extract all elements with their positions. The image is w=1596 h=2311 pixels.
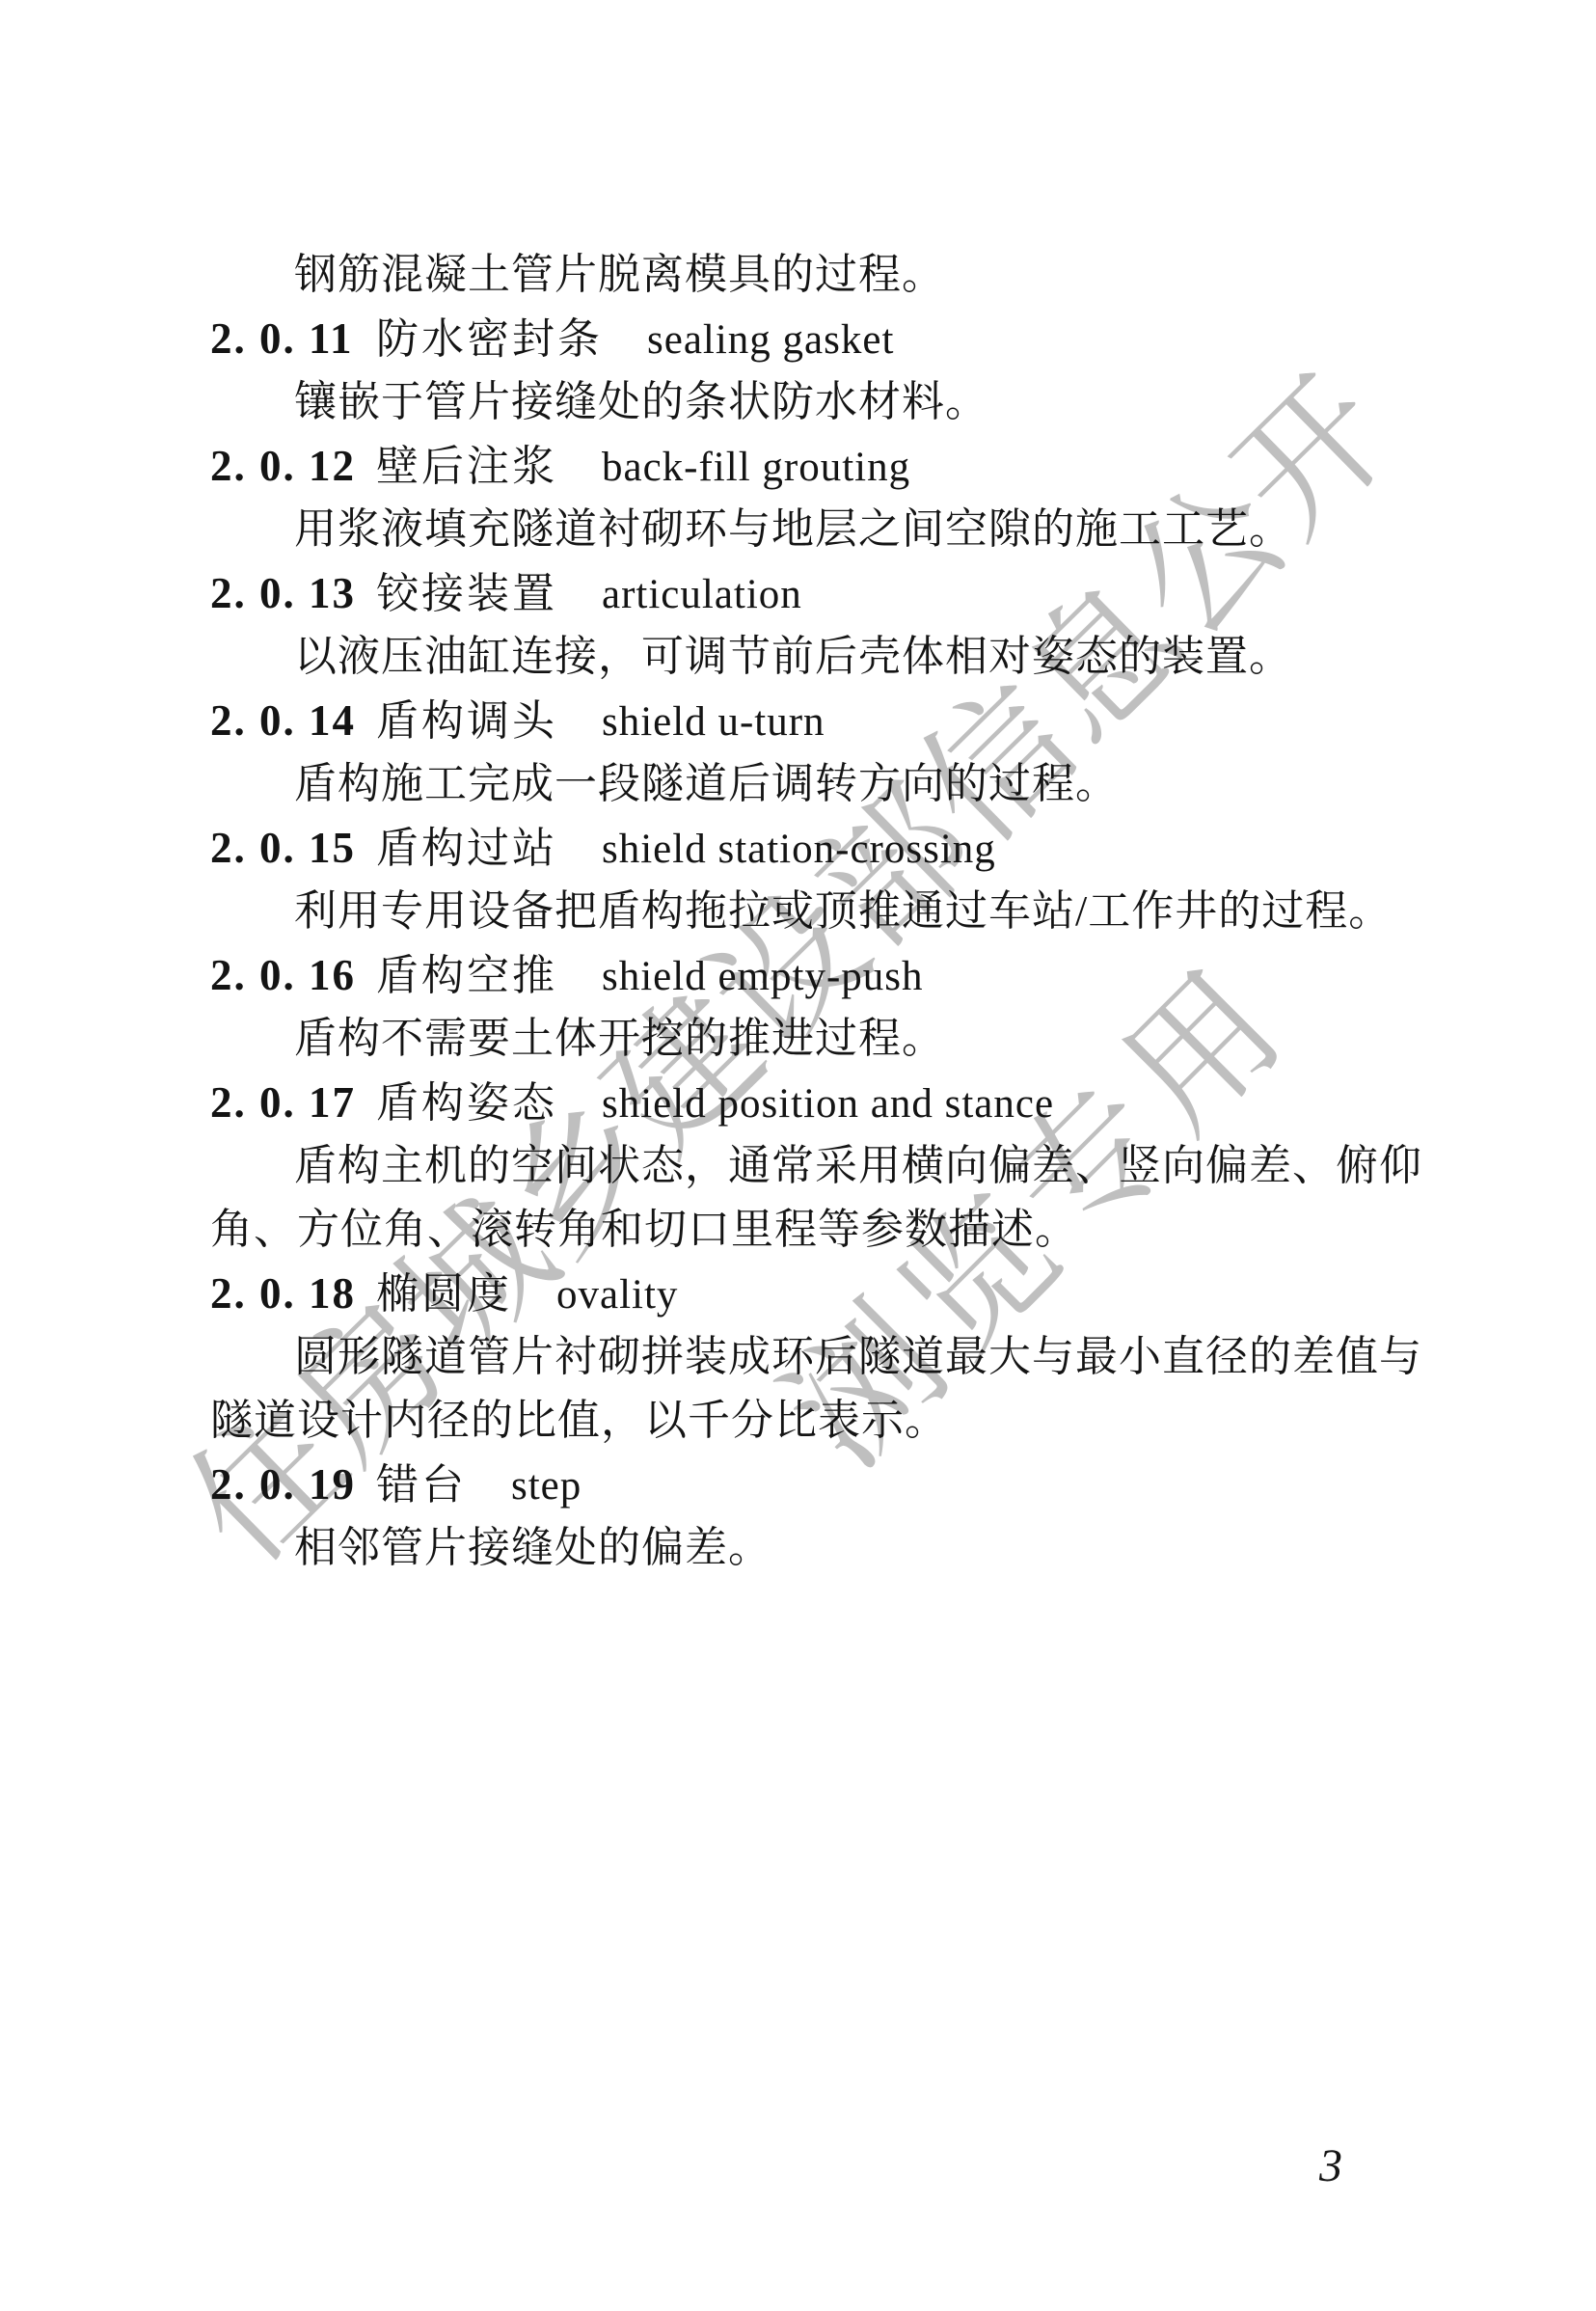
term-line-2-0-12: 2. 0. 12壁后注浆back-fill grouting bbox=[210, 434, 910, 498]
definition-line: 盾构不需要土体开挖的推进过程。 bbox=[294, 1007, 945, 1071]
term-english: sealing gasket bbox=[647, 309, 894, 372]
term-chinese: 壁后注浆 bbox=[376, 435, 557, 499]
term-line-2-0-17: 2. 0. 17盾构姿态shield position and stance bbox=[210, 1071, 1054, 1134]
definition-continuation-line: 角、方位角、滚转角和切口里程等参数描述。 bbox=[210, 1198, 1078, 1262]
term-chinese: 椭圆度 bbox=[376, 1263, 512, 1326]
page-number: 3 bbox=[1319, 2139, 1342, 2192]
definition-line: 利用专用设备把盾构拖拉或顶推通过车站/工作井的过程。 bbox=[294, 880, 1392, 943]
definition-line: 相邻管片接缝处的偏差。 bbox=[294, 1516, 771, 1580]
term-english: step bbox=[511, 1455, 582, 1518]
term-number: 2. 0. 17 bbox=[210, 1071, 376, 1134]
definition-line: 镶嵌于管片接缝处的条状防水材料。 bbox=[294, 370, 988, 434]
term-chinese: 盾构过站 bbox=[376, 817, 557, 881]
term-line-2-0-18: 2. 0. 18椭圆度ovality bbox=[210, 1262, 678, 1325]
term-chinese: 盾构调头 bbox=[376, 690, 557, 753]
term-english: ovality bbox=[556, 1264, 678, 1327]
term-number: 2. 0. 16 bbox=[210, 943, 376, 1007]
term-chinese: 铰接装置 bbox=[376, 562, 557, 626]
term-chinese: 防水密封条 bbox=[376, 308, 603, 371]
definition-line: 钢筋混凝土管片脱离模具的过程。 bbox=[294, 243, 945, 307]
term-number: 2. 0. 11 bbox=[210, 307, 376, 370]
term-chinese: 盾构姿态 bbox=[376, 1072, 557, 1135]
definition-continuation-line: 隧道设计内径的比值，以千分比表示。 bbox=[210, 1389, 948, 1453]
term-line-2-0-14: 2. 0. 14盾构调头shield u-turn bbox=[210, 689, 825, 752]
term-english: shield position and stance bbox=[602, 1073, 1054, 1136]
term-chinese: 盾构空推 bbox=[376, 944, 557, 1008]
term-number: 2. 0. 19 bbox=[210, 1453, 376, 1516]
term-line-2-0-19: 2. 0. 19错台step bbox=[210, 1453, 582, 1516]
term-chinese: 错台 bbox=[376, 1454, 467, 1517]
term-english: articulation bbox=[602, 563, 802, 627]
term-english: shield empty-push bbox=[602, 945, 924, 1009]
definition-line: 圆形隧道管片衬砌拼装成环后隧道最大与最小直径的差值与 bbox=[294, 1325, 1422, 1389]
term-line-2-0-15: 2. 0. 15盾构过站shield station-crossing bbox=[210, 816, 996, 880]
definition-line: 以液压油缸连接，可调节前后壳体相对姿态的装置。 bbox=[294, 625, 1292, 689]
term-english: shield u-turn bbox=[602, 691, 825, 754]
term-number: 2. 0. 13 bbox=[210, 561, 376, 625]
definition-line: 盾构主机的空间状态，通常采用横向偏差、竖向偏差、俯仰 bbox=[294, 1134, 1422, 1198]
term-line-2-0-13: 2. 0. 13铰接装置articulation bbox=[210, 561, 802, 625]
term-line-2-0-16: 2. 0. 16盾构空推shield empty-push bbox=[210, 943, 924, 1007]
definition-line: 用浆液填充隧道衬砌环与地层之间空隙的施工工艺。 bbox=[294, 498, 1292, 561]
term-number: 2. 0. 15 bbox=[210, 816, 376, 880]
definition-line: 盾构施工完成一段隧道后调转方向的过程。 bbox=[294, 752, 1119, 816]
term-line-2-0-11: 2. 0. 11防水密封条sealing gasket bbox=[210, 307, 894, 370]
term-number: 2. 0. 18 bbox=[210, 1262, 376, 1325]
standard-document-page: 住房城乡建设部信息公开 浏览专用 钢筋混凝土管片脱离模具的过程。 2. 0. 1… bbox=[0, 0, 1596, 2311]
term-number: 2. 0. 14 bbox=[210, 689, 376, 752]
term-english: shield station-crossing bbox=[602, 818, 996, 882]
term-english: back-fill grouting bbox=[602, 436, 910, 500]
term-number: 2. 0. 12 bbox=[210, 434, 376, 498]
